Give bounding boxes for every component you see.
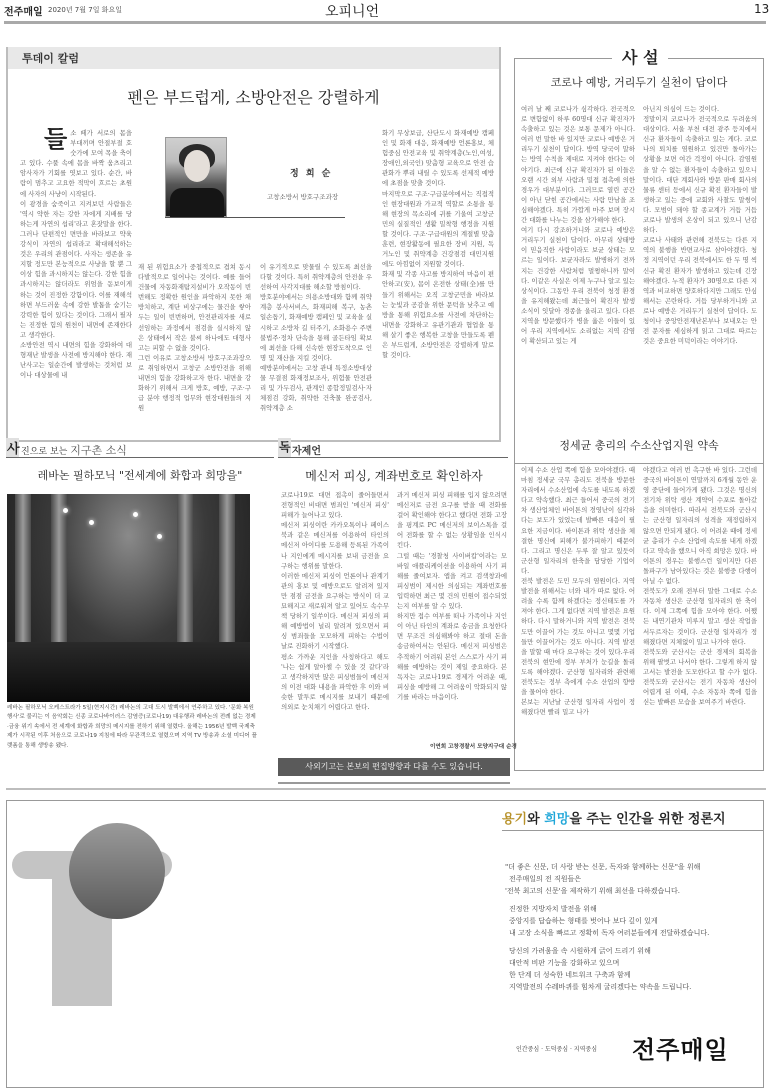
drop-cap: 들: [44, 128, 67, 150]
author-name: 정 희 순: [290, 166, 332, 179]
author-divider: [165, 217, 345, 218]
masthead: 전주매일 2020년 7월 7일 화요일 오피니언 13: [0, 0, 770, 24]
today-column-label: 투데이 칼럼: [22, 50, 79, 66]
promo-heading: 용기와 희망을 주는 인간을 위한 정론지: [502, 808, 726, 827]
editorial-1-body-2: 아닌지 의심이 드는 것이다. 정말이지 코로나가 전국적으로 두려움의 대상이…: [643, 104, 757, 404]
editorial-1-body-1: 여러 날 째 코로나가 심각하다. 전국적으로 변함없이 하루 60명대 신규 …: [521, 104, 635, 404]
reader-proposal-initial: 독: [278, 438, 291, 457]
newspaper-logo: 전주매일: [4, 3, 43, 18]
editorial-label: 사 설: [612, 45, 668, 68]
reader-proposal-body-1: 코로나19로 대면 접촉이 줄어들면서 전형적인 비대면 범죄인 '메신저 피싱…: [281, 490, 389, 752]
section-divider: [278, 782, 510, 784]
editorial-title-2: 정세균 총리의 수소산업지원 약속: [514, 437, 764, 453]
section-title: 오피니언: [325, 1, 379, 21]
promo-slogan: 인간중심 · 도덕중심 · 지역중심: [516, 1044, 597, 1053]
page-number: 13: [754, 2, 769, 16]
editorial-notice: 사외기고는 본보의 편집방향과 다를 수도 있습니다.: [278, 758, 510, 776]
photo-news-header: 사 진으로 보는 지구촌 소식: [6, 438, 274, 458]
page-divider: [6, 788, 766, 790]
masthead-rule: [4, 21, 766, 24]
concert-photo: [7, 494, 250, 702]
today-column-header: 투데이 칼럼: [6, 47, 501, 69]
promo-text: "더 좋은 신문, 더 사랑 받는 신문, 독자와 함께하는 신문"을 위해 전…: [505, 861, 709, 993]
photo-news-title: 레바논 필하모닉 "전세계에 화합과 희망을": [6, 467, 274, 483]
author-photo: [165, 137, 227, 217]
today-column-body-4: 화기 무상보급, 산단도시 화재예방 캠페인 및 화재 대응, 화재예방 언론홍…: [382, 128, 494, 438]
promo-paragraph-2: 진정한 지방자치 발전을 위해 중앙지를 답습하는 형태를 벗어나 보다 깊이 …: [505, 903, 709, 939]
author-title: 고창소방서 방호구조과장: [267, 192, 338, 201]
today-column-body-2: 재 된 위험요소가 중첩적으로 겹쳐 동시다발적으로 일어나는 것이다. 예를 …: [138, 262, 251, 437]
reader-proposal-byline: 이연희 고창경찰서 모양지구대 순경: [430, 742, 517, 750]
editorial-2-body-2: 야겠다고 여러 번 촉구한 바 있다. 그런데 중국의 바이톤이 연말까지 6개…: [643, 465, 757, 765]
photo-news-initial: 사: [6, 438, 19, 457]
reader-proposal-header: 독 자제언: [278, 438, 508, 458]
today-column-title: 펜은 부드럽게, 소방안전은 강렬하게: [6, 85, 501, 108]
reader-proposal-label: 자제언: [292, 442, 321, 457]
promo-heading-rule: [502, 830, 764, 831]
reader-proposal-body-2: 과거 메신저 피싱 피해를 입지 않으려면 메신저로 금전 요구를 받을 때 전…: [397, 490, 507, 740]
today-column-body-3: 이 유기적으로 맞물릴 수 있도록 최선을 다할 것이다. 특히 취약계층의 안…: [260, 262, 372, 437]
today-column-body-1: 들 소 떼가 서로의 몸을 부대끼며 안절부절 호숫가에 모여 목을 축이고 있…: [20, 128, 132, 438]
photo-news-label: 진으로 보는 지구촌 소식: [21, 442, 127, 458]
promo-paragraph-3: 당신의 가려움을 속 시원하게 긁어 드리기 위해 대안적 비판 기능을 강화하…: [505, 945, 709, 993]
photo-news-caption: 레바논 필하모닉 오케스트라가 5일(현지시간) 레바논의 고대 도시 발벡에서…: [7, 704, 257, 751]
editorial-title-1: 코로나 예방, 거리두기 실천이 답이다: [514, 74, 764, 90]
reader-proposal-title: 메신저 피싱, 계좌번호로 확인하자: [278, 467, 510, 484]
promo-paragraph-1: "더 좋은 신문, 더 사랑 받는 신문, 독자와 함께하는 신문"을 위해 전…: [505, 861, 709, 897]
promo-logo: 전주매일: [632, 1030, 729, 1065]
quill-pen-illustration: [12, 806, 492, 1076]
editorial-2-body-1: 이제 수소 산업 쪽에 힘을 모아야겠다. 때마침 정세균 국무 총리도 전북을…: [521, 465, 635, 765]
issue-date: 2020년 7월 7일 화요일: [48, 5, 122, 15]
